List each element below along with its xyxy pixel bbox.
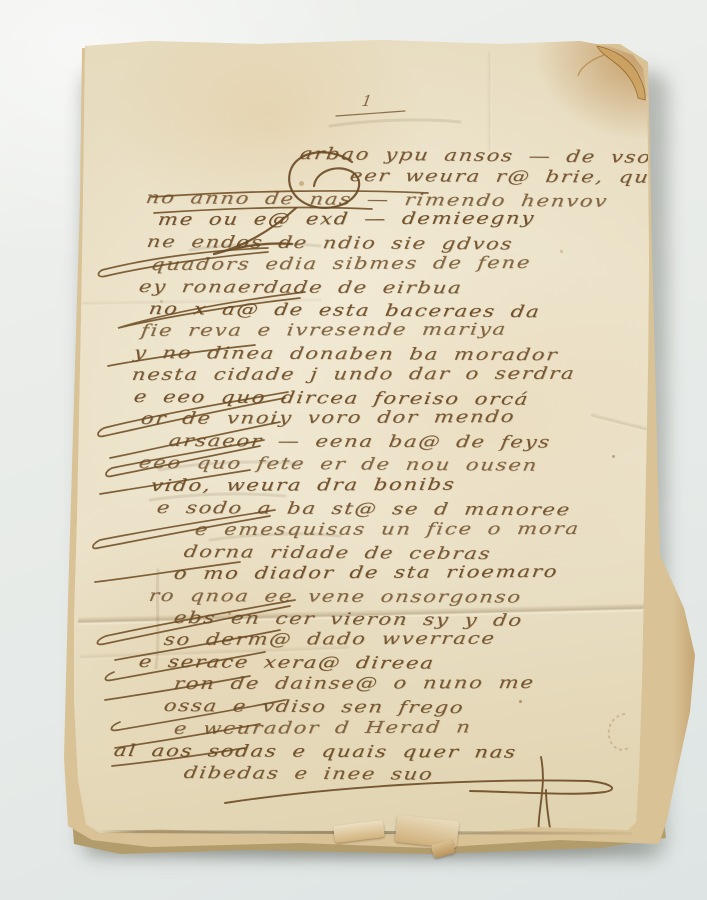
manuscript-line: quadors edia sibmes de fene (150, 253, 533, 274)
manuscript-line: eer weura r@ brie, que (349, 166, 666, 187)
manuscript-line: no anno de nas — rimendo henvov (145, 188, 610, 211)
manuscript-line: vido, weura dra bonibs (150, 475, 457, 495)
photo-backdrop: 1 arbao ypu ansos — de vso dimens eer we… (0, 0, 707, 900)
manuscript-line: ebs en cer vieron sy y do (173, 608, 525, 630)
manuscript-page: 1 arbao ypu ansos — de vso dimens eer we… (0, 0, 707, 900)
manuscript-line: fie reva e ivresende mariya (140, 320, 509, 340)
manuscript-line: so derm@ dado wverrace (163, 629, 497, 649)
manuscript-line: arbao ypu ansos — de vso dimens (298, 144, 707, 168)
manuscript-line: ey ronaerdade de eirbua (138, 277, 464, 297)
manuscript-line: e eeo quo dircea foreiso orcá (133, 387, 531, 409)
manuscript-line: ne endos de ndio sie gdvos (146, 232, 515, 253)
manuscript-line: e sodo a ba st@ se d manoree (156, 498, 573, 519)
manuscript-line: e serace xera@ direea (138, 652, 437, 673)
manuscript-line: me ou e@ exd — demieegny (157, 208, 537, 229)
manuscript-line: e emesquisas un fice o mora (194, 519, 581, 539)
manuscript-text-block: arbao ypu ansos — de vso dimens eer weur… (0, 0, 707, 900)
manuscript-line: ossa e vdiso sen frego (163, 696, 466, 717)
manuscript-line: no x a@ de esta baceraes da (148, 299, 542, 321)
manuscript-line: ron de dainse@ o nuno me (173, 673, 536, 693)
manuscript-line: arsaeor — eena ba@ de feys (168, 431, 553, 452)
manuscript-line: al aos sodas e quais quer nas (113, 741, 519, 762)
manuscript-line: eeo quo fete er de nou ousen (138, 453, 540, 475)
manuscript-line: o mo diador de sta rioemaro (173, 562, 560, 583)
manuscript-line: dorna ridade de cebras (183, 542, 493, 563)
manuscript-line: or de vnoiy voro dor mendo (140, 407, 517, 428)
manuscript-line: y no dinea donaben ba morador (133, 343, 560, 364)
manuscript-line: ro qnoa ee vene onsorgonso (148, 586, 524, 607)
manuscript-line: nesta cidade j undo dar o serdra (131, 364, 577, 384)
foxing-specks (0, 0, 3, 3)
manuscript-line: dibedas e inee suo (183, 763, 435, 784)
manuscript-line: e wcurador d Herad n (173, 717, 473, 738)
